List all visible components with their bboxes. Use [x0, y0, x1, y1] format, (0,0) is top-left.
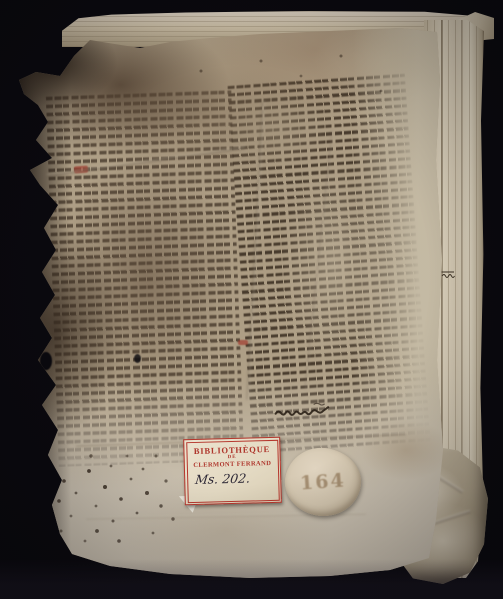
label-line3: CLERMONT FERRAND [187, 459, 277, 468]
parchment-hole [38, 238, 47, 252]
ink-scribble [274, 400, 335, 421]
parchment-hole [134, 354, 141, 363]
label-shelfmark: Ms. 202. [187, 469, 279, 486]
manuscript-cover: BIBLIOTHÈQUE DE CLERMONT FERRAND Ms. 202… [16, 10, 448, 585]
parchment-hole [40, 352, 52, 370]
ink-speckles [16, 10, 18, 12]
fore-edge-ink-mark [440, 270, 458, 280]
manuscript-photo: BIBLIOTHÈQUE DE CLERMONT FERRAND Ms. 202… [0, 0, 503, 599]
label-border: BIBLIOTHÈQUE DE CLERMONT FERRAND Ms. 202… [186, 439, 280, 502]
library-label: BIBLIOTHÈQUE DE CLERMONT FERRAND Ms. 202… [183, 437, 282, 506]
sticker-number: 164 [299, 469, 346, 494]
